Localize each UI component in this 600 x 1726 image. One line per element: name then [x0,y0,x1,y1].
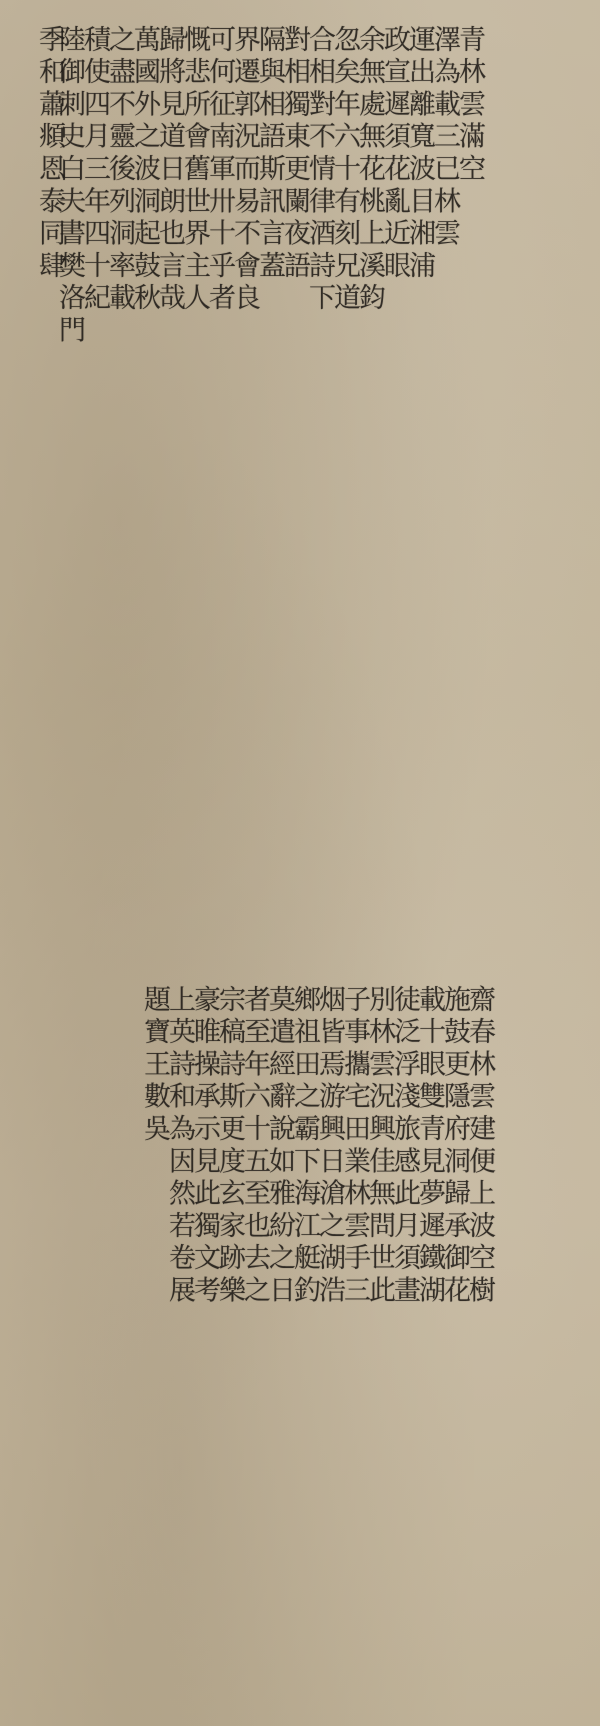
calligraphy-column: 慨悲所會舊世界主人 [181,25,208,316]
calligraphy-column: 澤為載三已林雲 [431,25,458,251]
calligraphy-column: 載十眼雙青見夢遲鐵湖 [416,985,443,1308]
calligraphy-column: 豪睢操承示見此獨文考 [191,985,218,1308]
calligraphy-column: 者至年六十五至也去之 [241,985,268,1308]
calligraphy-column: 忽矣年六十有刻兄道 [331,25,358,316]
calligraphy-column: 可何征南軍卅十乎者 [206,25,233,316]
calligraphy-column: 政宣遲須花亂近眼 [381,25,408,283]
calligraphy-column: 界遷郭況而易不會良 [231,25,258,316]
calligraphy-column: 齋春林雲建便上波空樹 [466,985,493,1308]
calligraphy-column: 題寶王數吳 [141,985,168,1147]
calligraphy-column: 徒泛浮淺旅感此月須畫 [391,985,418,1308]
calligraphy-column: 余無處無花桃上溪鈞 [356,25,383,316]
calligraphy-column: 烟皆焉游興日滄之湖浩 [316,985,343,1308]
calligraphy-column: 對相獨東更闌夜語 [281,25,308,283]
calligraphy-column: 歸將見道日朗也言哉 [156,25,183,316]
calligraphy-column: 萬國外之波洞起鼓秋 [131,25,158,316]
calligraphy-column: 青林雲滿空 [456,25,483,187]
calligraphy-column: 別林雲況興佳無問世此 [366,985,393,1308]
calligraphy-column: 之盡不靈後列洞率載 [106,25,133,316]
calligraphy-column: 莫遣經辭說如雅紛之日 [266,985,293,1308]
calligraphy-column: 季和蕭頫恩泰同肆 [36,25,63,283]
calligraphy-column: 施鼓更隱府洞歸承御花 [441,985,468,1308]
calligraphy-column: 鄉祖田之霸下海江艇釣 [291,985,318,1308]
calligraphy-column: 隔與相語斯訊言蓋 [256,25,283,283]
calligraphy-column: 合相對不情律酒詩下 [306,25,333,316]
calligraphy-column: 運出離寬波目湘浦 [406,25,433,283]
calligraphy-column: 上英詩和為因然若卷展 [166,985,193,1308]
calligraphy-column: 積使四月三年四十紀 [81,25,108,316]
calligraphy-column: 宗稿詩斯更度玄家跡樂 [216,985,243,1308]
calligraphy-column: 子事攜宅田業林雲手三 [341,985,368,1308]
